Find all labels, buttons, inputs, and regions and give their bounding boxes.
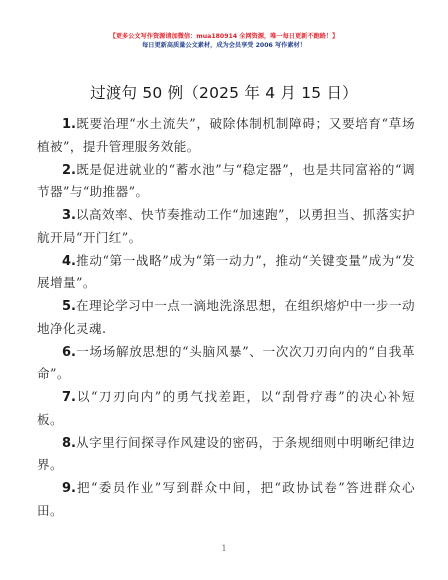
item-number: 5. [62, 299, 76, 314]
item-text: 把“委员作业”写到群众中间，把“政协试卷”答进群众心田。 [37, 480, 415, 518]
list-item: 1.既要治理“水土流失”，破除体制机制障碍；又要培育“草场植被”，提升管理服务效… [37, 113, 415, 157]
item-text: 以高效率、快节奏推动工作“加速跑”，以勇担当、抓落实护航开局“开门红”。 [37, 207, 415, 245]
item-text: 既是促进就业的“蓄水池”与“稳定器”，也是共同富裕的“调节器”与“助推器”。 [37, 162, 415, 200]
item-text: 一场场解放思想的“头脑风暴”、一次次刀刃向内的“自我革命”。 [37, 344, 415, 382]
item-number: 8. [62, 436, 76, 451]
item-number: 2. [62, 163, 76, 178]
item-number: 1. [62, 117, 76, 132]
sentence-list: 1.既要治理“水土流失”，破除体制机制障碍；又要培育“草场植被”，提升管理服务效… [37, 113, 415, 523]
promo-banner: 【更多公文写作资源请加微信：mua180914 全网资源，唯一每日更新不跑路！】… [0, 32, 448, 50]
list-item: 4.推动“第一战略”成为“第一动力”，推动“关键变量”成为“发展增量”。 [37, 250, 415, 294]
item-number: 3. [62, 208, 76, 223]
item-number: 7. [62, 390, 76, 405]
promo-banner-line-2: 每日更新高质量公文素材，成为会员享受 2006 写作素材！ [0, 41, 448, 50]
item-text: 在理论学习中一点一滴地洗涤思想，在组织熔炉中一步一动地净化灵魂. [37, 298, 415, 336]
list-item: 5.在理论学习中一点一滴地洗涤思想，在组织熔炉中一步一动地净化灵魂. [37, 295, 415, 339]
item-number: 6. [62, 345, 76, 360]
item-text: 既要治理“水土流失”，破除体制机制障碍；又要培育“草场植被”，提升管理服务效能。 [37, 116, 415, 154]
page-number: 1 [0, 544, 448, 553]
document-page: 【更多公文写作资源请加微信：mua180914 全网资源，唯一每日更新不跑路！】… [0, 0, 448, 580]
list-item: 7.以“刀刃向内”的勇气找差距，以“刮骨疗毒”的决心补短板。 [37, 386, 415, 430]
item-number: 9. [62, 481, 76, 496]
list-item: 8.从字里行间探寻作风建设的密码，于条规细则中明晰纪律边界。 [37, 432, 415, 476]
list-item: 2.既是促进就业的“蓄水池”与“稳定器”，也是共同富裕的“调节器”与“助推器”。 [37, 159, 415, 203]
item-text: 从字里行间探寻作风建设的密码，于条规细则中明晰纪律边界。 [37, 435, 415, 473]
promo-banner-line-1: 【更多公文写作资源请加微信：mua180914 全网资源，唯一每日更新不跑路！】 [0, 32, 448, 41]
list-item: 9.把“委员作业”写到群众中间，把“政协试卷”答进群众心田。 [37, 477, 415, 521]
item-text: 推动“第一战略”成为“第一动力”，推动“关键变量”成为“发展增量”。 [37, 253, 415, 291]
item-number: 4. [62, 254, 76, 269]
document-title: 过渡句 50 例（2025 年 4 月 15 日） [0, 84, 448, 102]
list-item: 6.一场场解放思想的“头脑风暴”、一次次刀刃向内的“自我革命”。 [37, 341, 415, 385]
list-item: 3.以高效率、快节奏推动工作“加速跑”，以勇担当、抓落实护航开局“开门红”。 [37, 204, 415, 248]
item-text: 以“刀刃向内”的勇气找差距，以“刮骨疗毒”的决心补短板。 [37, 389, 415, 427]
